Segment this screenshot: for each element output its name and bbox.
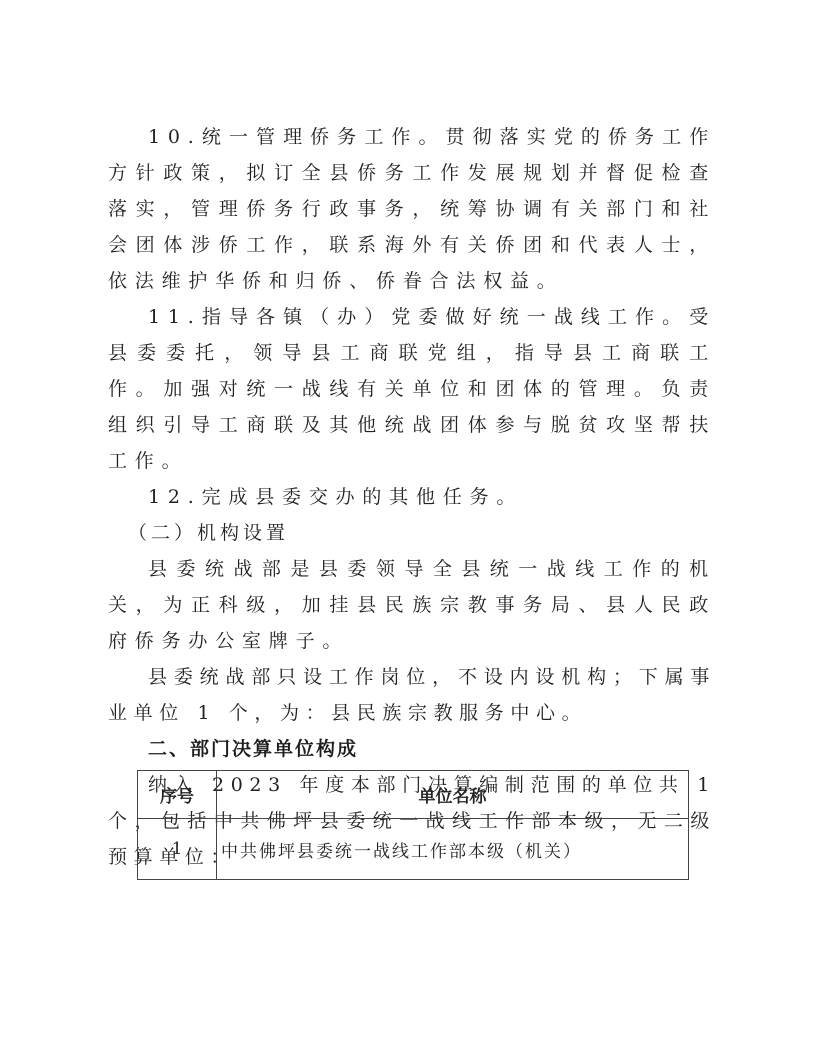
document-page: 10.统一管理侨务工作。贯彻落实党的侨务工作方针政策，拟订全县侨务工作发展规划并… [0, 0, 816, 1056]
paragraph-org-structure: 县委统战部只设工作岗位，不设内设机构；下属事业单位 1 个，为：县民族宗教服务中… [108, 659, 716, 731]
units-table: 序号 单位名称 1 中共佛坪县委统一战线工作部本级（机关） [137, 770, 689, 880]
paragraph-item-10: 10.统一管理侨务工作。贯彻落实党的侨务工作方针政策，拟订全县侨务工作发展规划并… [108, 119, 716, 299]
column-header-unit-name: 单位名称 [217, 771, 689, 819]
cell-unit-name: 中共佛坪县委统一战线工作部本级（机关） [217, 819, 689, 880]
document-body: 10.统一管理侨务工作。贯彻落实党的侨务工作方针政策，拟订全县侨务工作发展规划并… [108, 119, 716, 875]
column-header-index: 序号 [138, 771, 217, 819]
paragraph-item-12: 12.完成县委交办的其他任务。 [108, 479, 716, 515]
paragraph-item-11: 11.指导各镇（办）党委做好统一战线工作。受县委委托，领导县工商联党组，指导县工… [108, 299, 716, 479]
table-header-row: 序号 单位名称 [138, 771, 689, 819]
table-row: 1 中共佛坪县委统一战线工作部本级（机关） [138, 819, 689, 880]
section-heading-unit-composition: 二、部门决算单位构成 [108, 731, 716, 767]
subsection-heading-org-setup: （二）机构设置 [108, 515, 716, 551]
cell-index: 1 [138, 819, 217, 880]
paragraph-org-description: 县委统战部是县委领导全县统一战线工作的机关，为正科级，加挂县民族宗教事务局、县人… [108, 551, 716, 659]
